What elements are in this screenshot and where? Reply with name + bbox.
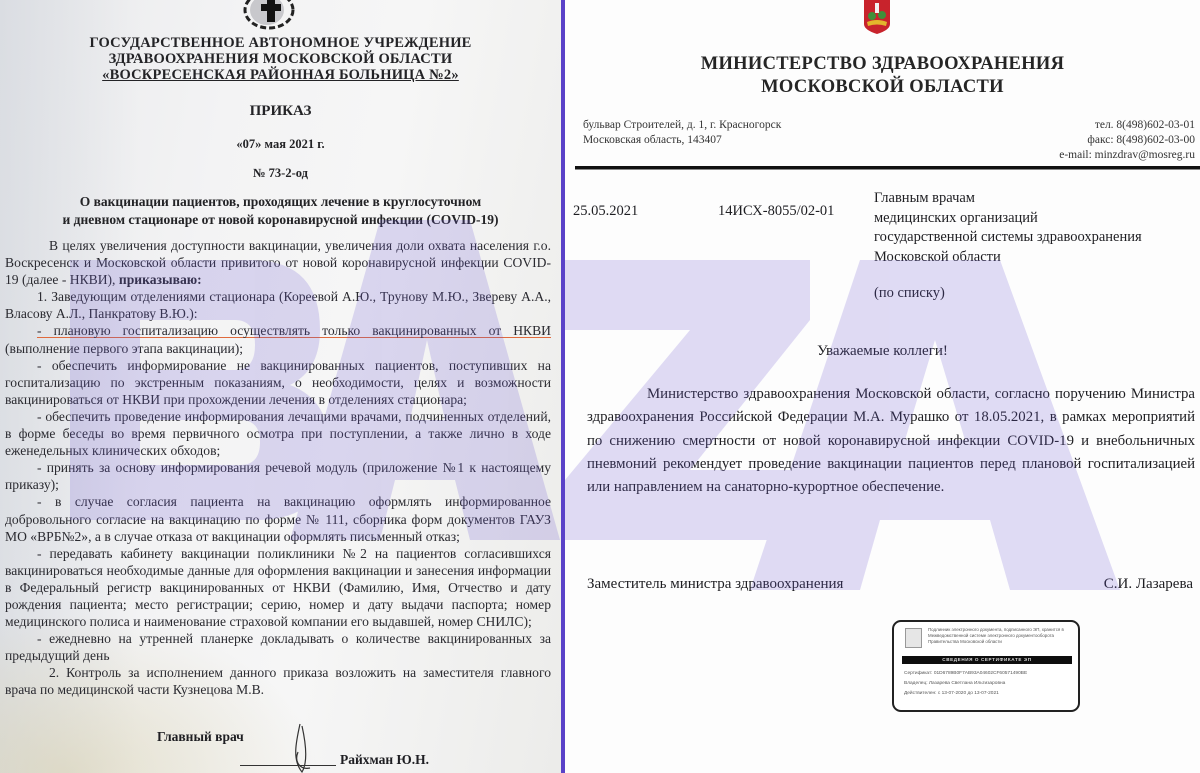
greeting: Уважаемые коллеги! xyxy=(565,343,1200,360)
stamp-header: СВЕДЕНИЯ О СЕРТИФИКАТЕ ЭП xyxy=(902,656,1072,664)
email: e-mail: minzdrav@mosreg.ru xyxy=(1059,148,1195,163)
hospital-order-document: ГОСУДАРСТВЕННОЕ АВТОНОМНОЕ УЧРЕЖДЕНИЕ ЗД… xyxy=(0,0,561,773)
letter-date: 25.05.2021 xyxy=(573,203,638,220)
certificate-number: Сертификат: 01D6789B0F7AB93A04602CF60571… xyxy=(904,671,1027,677)
preamble: В целях увеличения доступности вакцинаци… xyxy=(5,237,551,288)
item-2: 2. Контроль за исполнением данного прика… xyxy=(5,664,551,698)
underlined-clause: - плановую госпитализацию осуществлять т… xyxy=(37,323,551,338)
order-date: «07» мая 2021 г. xyxy=(0,137,561,152)
addressee-block: Главным врачаммедицинских организацийгос… xyxy=(874,189,1142,267)
signer-role: Главный врач xyxy=(157,729,244,745)
document-type: ПРИКАЗ xyxy=(0,103,561,120)
addressee-line: Главным врачам xyxy=(874,189,1142,209)
list-note: (по списку) xyxy=(874,285,945,302)
order-bullet-item: - передавать кабинету вакцинации поликли… xyxy=(5,545,551,630)
ministry-contacts: тел. 8(498)602-03-01 факс: 8(498)602-03-… xyxy=(1059,118,1195,163)
order-bullet-item: - в случае согласия пациента на вакцинац… xyxy=(5,493,551,544)
government-building-icon xyxy=(905,628,922,648)
addressee-line: медицинских организаций xyxy=(874,209,1142,229)
order-bullet-item: - обеспечить информирование не вакциниро… xyxy=(5,357,551,408)
certificate-owner: Владелец: Лазарева Светлана Ильтизаровна xyxy=(904,681,1005,687)
letterhead-rule xyxy=(575,166,1200,170)
phone: тел. 8(498)602-03-01 xyxy=(1059,118,1195,133)
ministry-address: бульвар Строителей, д. 1, г. Красногорск… xyxy=(583,118,781,148)
item-1-intro: 1. Заведующим отделениями стационара (Ко… xyxy=(5,288,551,322)
organization-name: ГОСУДАРСТВЕННОЕ АВТОНОМНОЕ УЧРЕЖДЕНИЕ ЗД… xyxy=(0,35,561,83)
certificate-validity: Действителен: с 13-07-2020 до 13-07-2021 xyxy=(904,691,999,697)
moscow-oblast-coat-of-arms-icon xyxy=(862,0,892,34)
signer-name: С.И. Лазарева xyxy=(1104,576,1193,593)
order-number: № 73-2-од xyxy=(0,166,561,181)
ministry-name: МИНИСТЕРСТВО ЗДРАВООХРАНЕНИЯ МОСКОВСКОЙ … xyxy=(565,53,1200,99)
order-title: О вакцинации пациентов, проходящих лечен… xyxy=(0,193,561,229)
stamp-intro: Подлинник электронного документа, подпис… xyxy=(928,627,1076,645)
ministry-letter-document: МИНИСТЕРСТВО ЗДРАВООХРАНЕНИЯ МОСКОВСКОЙ … xyxy=(565,0,1200,773)
fax: факс: 8(498)602-03-00 xyxy=(1059,133,1195,148)
order-bullet-item: - обеспечить проведение информирования л… xyxy=(5,408,551,459)
addressee-line: государственной системы здравоохранения xyxy=(874,228,1142,248)
signer-role: Заместитель министра здравоохранения xyxy=(587,576,843,593)
order-bullets: - обеспечить информирование не вакциниро… xyxy=(5,357,551,665)
signature-line xyxy=(240,765,336,766)
electronic-signature-stamp: Подлинник электронного документа, подпис… xyxy=(892,620,1080,712)
addressee-line: Московской области xyxy=(874,248,1142,268)
outgoing-number: 14ИСХ-8055/02-01 xyxy=(718,203,834,220)
order-bullet-item: - принять за основу информирования речев… xyxy=(5,459,551,493)
order-body: В целях увеличения доступности вакцинаци… xyxy=(5,237,551,699)
order-bullet-item: - ежедневно на утренней планерке доклады… xyxy=(5,630,551,664)
signer-name: Райхман Ю.Н. xyxy=(340,752,429,768)
letter-body: Министерство здравоохранения Московской … xyxy=(587,383,1195,499)
hospital-cross-emblem-icon xyxy=(241,0,297,30)
item-1-highlighted: - плановую госпитализацию осуществлять т… xyxy=(5,322,551,356)
